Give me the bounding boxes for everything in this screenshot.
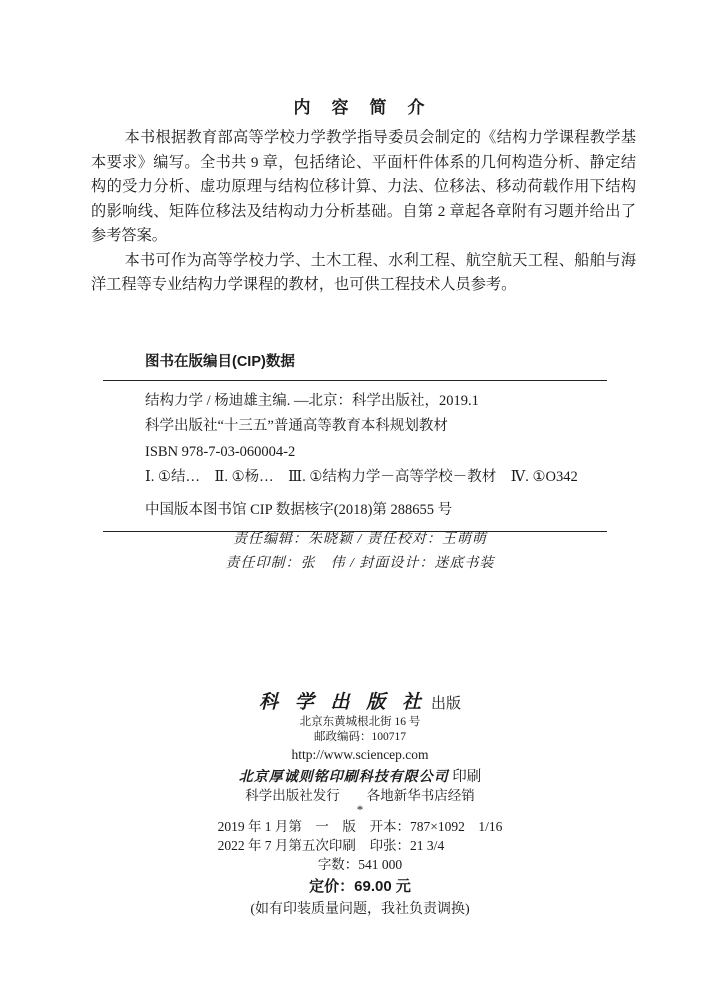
cip-line-title: 结构力学 / 杨迪雄主编. —北京：科学出版社，2019.1	[145, 389, 607, 414]
cip-line-isbn: ISBN 978-7-03-060004-2	[145, 440, 607, 465]
cip-line-series: 科学出版社“十三五”普通高等教育本科规划教材	[145, 414, 607, 439]
word-count: 字数：541 000	[0, 855, 720, 874]
edition-date-2: 2022 年 7 月第五次印刷	[218, 836, 370, 855]
separator-asterisk: *	[0, 805, 720, 817]
colophon-page: 内 容 简 介 本书根据教育部高等学校力学教学指导委员会制定的《结构力学课程教学…	[0, 0, 720, 1000]
edition-row-2: 2022 年 7 月第五次印刷 印张：21 3/4	[218, 836, 503, 855]
cip-header: 图书在版编目(CIP)数据	[103, 352, 607, 373]
cip-line-classification: Ⅰ. ①结… Ⅱ. ①杨… Ⅲ. ①结构力学－高等学校－教材 Ⅳ. ①O342	[145, 465, 607, 490]
intro-paragraph-2: 本书可作为高等学校力学、土木工程、水利工程、航空航天工程、船舶与海洋工程等专业结…	[91, 249, 636, 298]
credits-section: 责任编辑：朱晓颖 / 责任校对：王萌萌 责任印制：张 伟 / 封面设计：迷底书装	[0, 528, 720, 576]
intro-paragraph-1: 本书根据教育部高等学校力学教学指导委员会制定的《结构力学课程教学基本要求》编写。…	[91, 126, 636, 249]
publisher-suffix: 出版	[431, 696, 461, 712]
edition-format: 开本：787×1092 1/16	[370, 817, 503, 836]
intro-section: 本书根据教育部高等学校力学教学指导委员会制定的《结构力学课程教学基本要求》编写。…	[91, 126, 636, 298]
cip-lines: 结构力学 / 杨迪雄主编. —北京：科学出版社，2019.1 科学出版社“十三五…	[103, 389, 607, 523]
printer-suffix: 印刷	[452, 769, 481, 785]
publisher-address: 北京东黄城根北街 16 号	[0, 715, 720, 730]
edition-info: 2019 年 1 月第 一 版 开本：787×1092 1/16 2022 年 …	[0, 817, 720, 855]
price-line: 定价：69.00 元	[0, 874, 720, 899]
printer-name: 北京厚诚则铭印刷科技有限公司	[239, 770, 449, 785]
publisher-logo: 科 学 出 版 社	[259, 692, 427, 713]
page-title: 内 容 简 介	[0, 93, 720, 118]
edition-row-1: 2019 年 1 月第 一 版 开本：787×1092 1/16	[218, 817, 503, 836]
credits-editors: 责任编辑：朱晓颖 / 责任校对：王萌萌	[0, 528, 720, 552]
publisher-url: http://www.sciencep.com	[0, 745, 720, 765]
printer-line: 北京厚诚则铭印刷科技有限公司 印刷	[0, 765, 720, 787]
cip-line-registration: 中国版本图书馆 CIP 数据核字(2018)第 288655 号	[145, 498, 607, 523]
publisher-line: 科 学 出 版 社 出版	[0, 690, 720, 715]
cip-rule-top	[103, 380, 607, 381]
edition-sheets: 印张：21 3/4	[370, 836, 445, 855]
credits-production: 责任印制：张 伟 / 封面设计：迷底书装	[0, 552, 720, 576]
quality-note: (如有印装质量问题，我社负责调换)	[0, 899, 720, 919]
cip-block: 图书在版编目(CIP)数据 结构力学 / 杨迪雄主编. —北京：科学出版社，20…	[103, 352, 607, 532]
edition-date-1: 2019 年 1 月第 一 版	[218, 817, 370, 836]
publisher-postcode: 邮政编码：100717	[0, 730, 720, 745]
imprint-section: 科 学 出 版 社 出版 北京东黄城根北街 16 号 邮政编码：100717 h…	[0, 690, 720, 919]
